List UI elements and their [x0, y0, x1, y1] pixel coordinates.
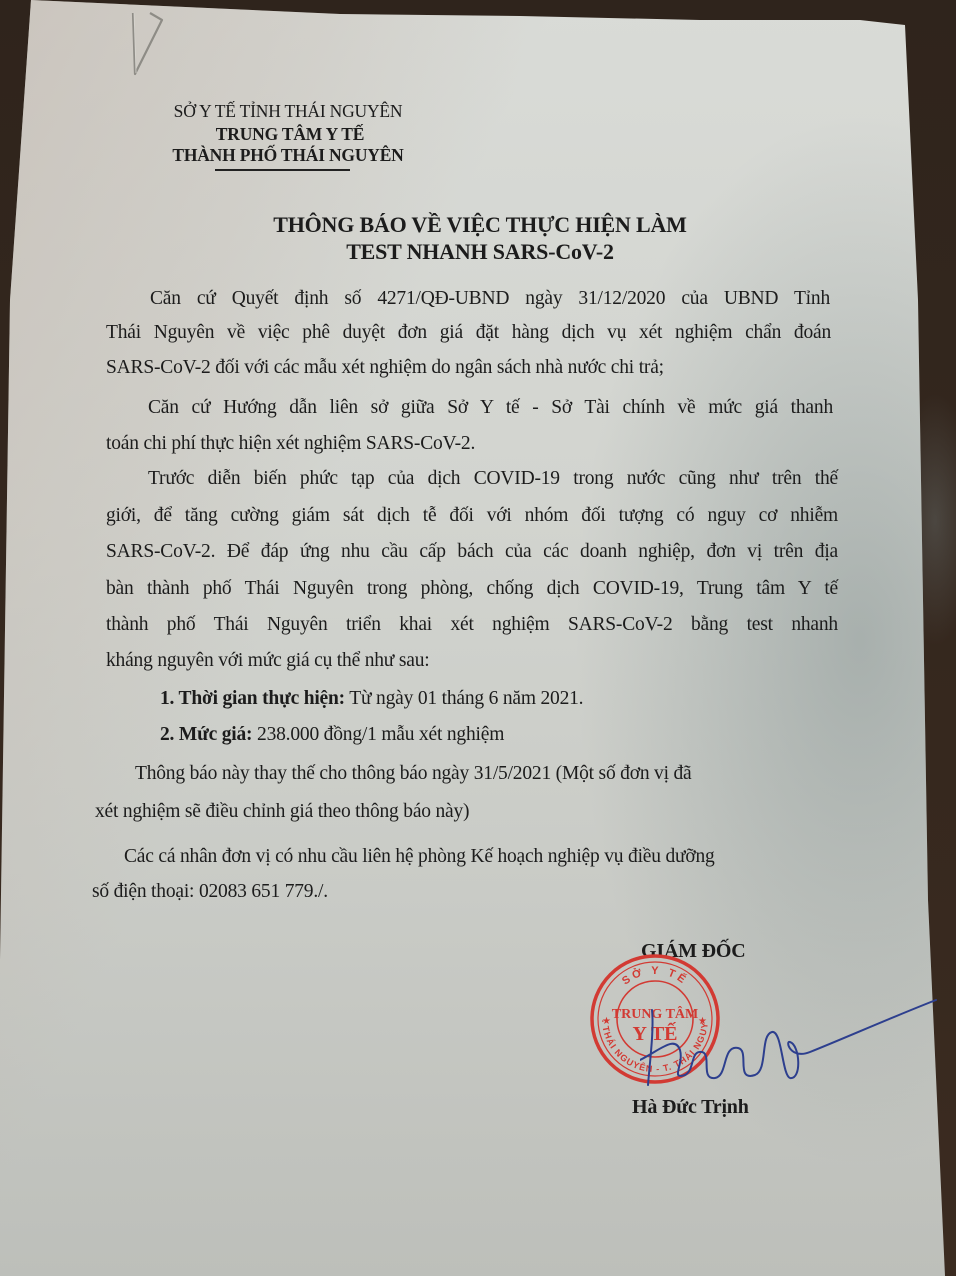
item-implementation-time: 1. Thời gian thực hiện: Từ ngày 01 tháng…	[160, 688, 583, 710]
body-line: thành phố Thái Nguyên triển khai xét ngh…	[106, 614, 838, 636]
body-line: SARS-CoV-2. Để đáp ứng nhu cầu cấp bách …	[106, 541, 838, 563]
body-line: giới, để tăng cường giám sát dịch tễ đối…	[106, 505, 838, 527]
body-line: toán chi phí thực hiện xét nghiệm SARS-C…	[106, 433, 475, 455]
closing-line: Thông báo này thay thế cho thông báo ngà…	[135, 763, 692, 785]
body-line: bàn thành phố Thái Nguyên trong phòng, c…	[106, 578, 838, 600]
body-line: kháng nguyên với mức giá cụ thể như sau:	[106, 650, 429, 672]
item-value: 238.000 đồng/1 mẫu xét nghiệm	[252, 724, 504, 745]
issuer-line-3: THÀNH PHỐ THÁI NGUYÊN	[138, 145, 438, 166]
closing-line: Các cá nhân đơn vị có nhu cầu liên hệ ph…	[124, 846, 715, 868]
svg-text:★: ★	[602, 1016, 611, 1027]
paper-clip-icon	[130, 10, 170, 80]
notice-title-line-1: THÔNG BÁO VỀ VIỆC THỰC HIỆN LÀM	[130, 212, 830, 238]
body-line: Căn cứ Quyết định số 4271/QĐ-UBND ngày 3…	[150, 288, 830, 310]
issuer-line-2: TRUNG TÂM Y TẾ	[140, 124, 440, 145]
issuer-line-1: SỞ Y TẾ TỈNH THÁI NGUYÊN	[138, 101, 438, 122]
closing-line: số điện thoại: 02083 651 779./.	[92, 881, 328, 903]
notice-title-line-2: TEST NHANH SARS-CoV-2	[130, 239, 830, 265]
signer-name: Hà Đức Trịnh	[632, 1096, 749, 1119]
item-label: 1. Thời gian thực hiện:	[160, 688, 345, 709]
issuer-underline	[215, 169, 350, 171]
body-line: Thái Nguyên về việc phê duyệt đơn giá đặ…	[106, 322, 831, 344]
body-line: Căn cứ Hướng dẫn liên sở giữa Sở Y tế - …	[148, 397, 833, 419]
body-line: Trước diễn biến phức tạp của dịch COVID-…	[148, 468, 838, 490]
closing-line: xét nghiệm sẽ điều chỉnh giá theo thông …	[95, 801, 469, 823]
body-line: SARS-CoV-2 đối với các mẫu xét nghiệm do…	[106, 357, 664, 379]
item-value: Từ ngày 01 tháng 6 năm 2021.	[345, 688, 583, 709]
item-label: 2. Mức giá:	[160, 724, 252, 745]
handwritten-signature-icon	[640, 990, 940, 1100]
item-price: 2. Mức giá: 238.000 đồng/1 mẫu xét nghiệ…	[160, 724, 504, 746]
